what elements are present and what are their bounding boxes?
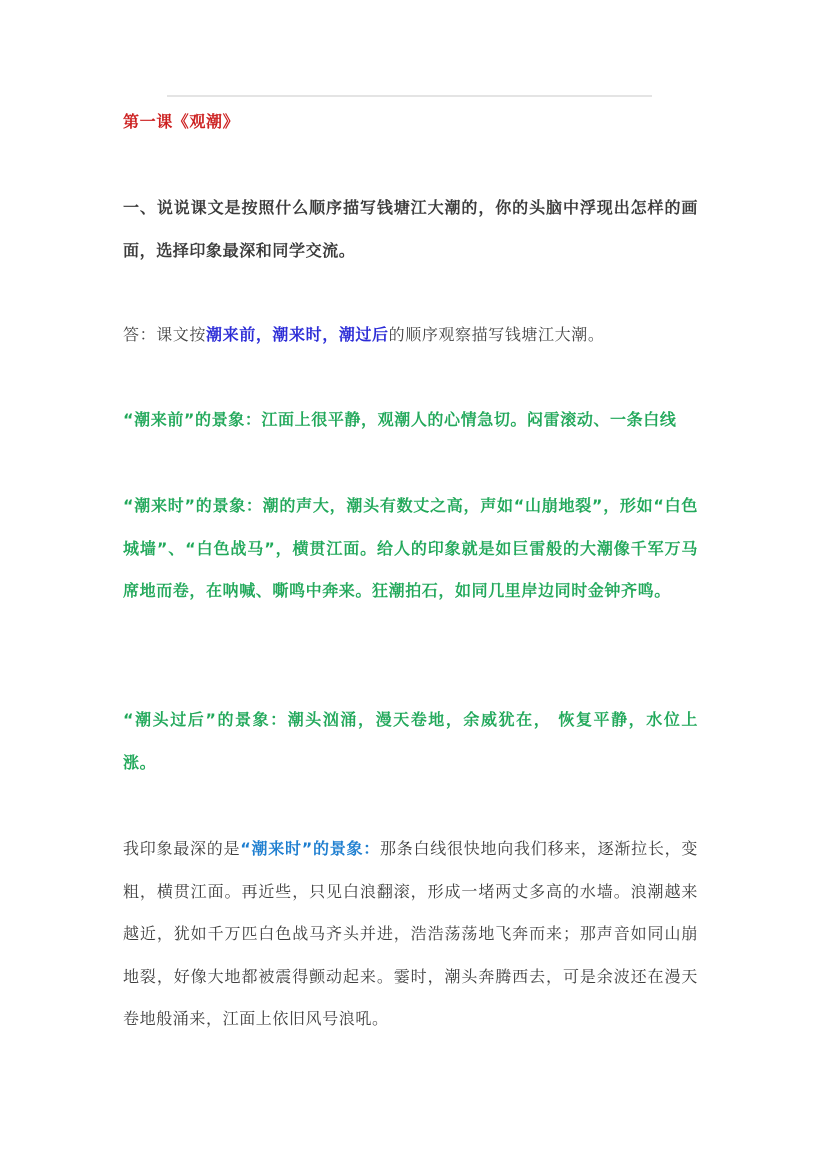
answer-paragraph: 答：课文按潮来前，潮来时，潮过后的顺序观察描写钱塘江大潮。	[123, 314, 698, 357]
header-divider	[167, 95, 652, 97]
impression-paragraph: 我印象最深的是“潮来时”的景象：那条白线很快地向我们移来，逐渐拉长，变粗，横贯江…	[123, 828, 698, 1041]
scene-after-tide: “潮头过后”的景象：潮头汹涌，漫天卷地，余威犹在， 恢复平静，水位上涨。	[123, 699, 698, 784]
answer-prefix: 答：课文按	[123, 325, 206, 344]
answer-highlight: 潮来前，潮来时，潮过后	[206, 325, 389, 344]
document-page: 第一课《观潮》 一、说说课文是按照什么顺序描写钱塘江大潮的，你的头脑中浮现出怎样…	[0, 0, 820, 1158]
scene-before-tide: “潮来前”的景象：江面上很平静，观潮人的心情急切。闷雷滚动、一条白线	[123, 399, 698, 442]
answer-suffix: 的顺序观察描写钱塘江大潮。	[389, 325, 605, 344]
question-paragraph: 一、说说课文是按照什么顺序描写钱塘江大潮的，你的头脑中浮现出怎样的画面，选择印象…	[123, 187, 698, 272]
scene-tide-arrives: “潮来时”的景象：潮的声大，潮头有数丈之高，声如“山崩地裂”，形如“白色城墙”、…	[123, 485, 698, 613]
lesson-title: 第一课《观潮》	[123, 101, 698, 144]
impression-highlight: “潮来时”的景象：	[240, 839, 380, 858]
impression-body: 那条白线很快地向我们移来，逐渐拉长，变粗，横贯江面。再近些，只见白浪翻滚，形成一…	[123, 839, 698, 1028]
impression-prefix: 我印象最深的是	[123, 839, 240, 858]
